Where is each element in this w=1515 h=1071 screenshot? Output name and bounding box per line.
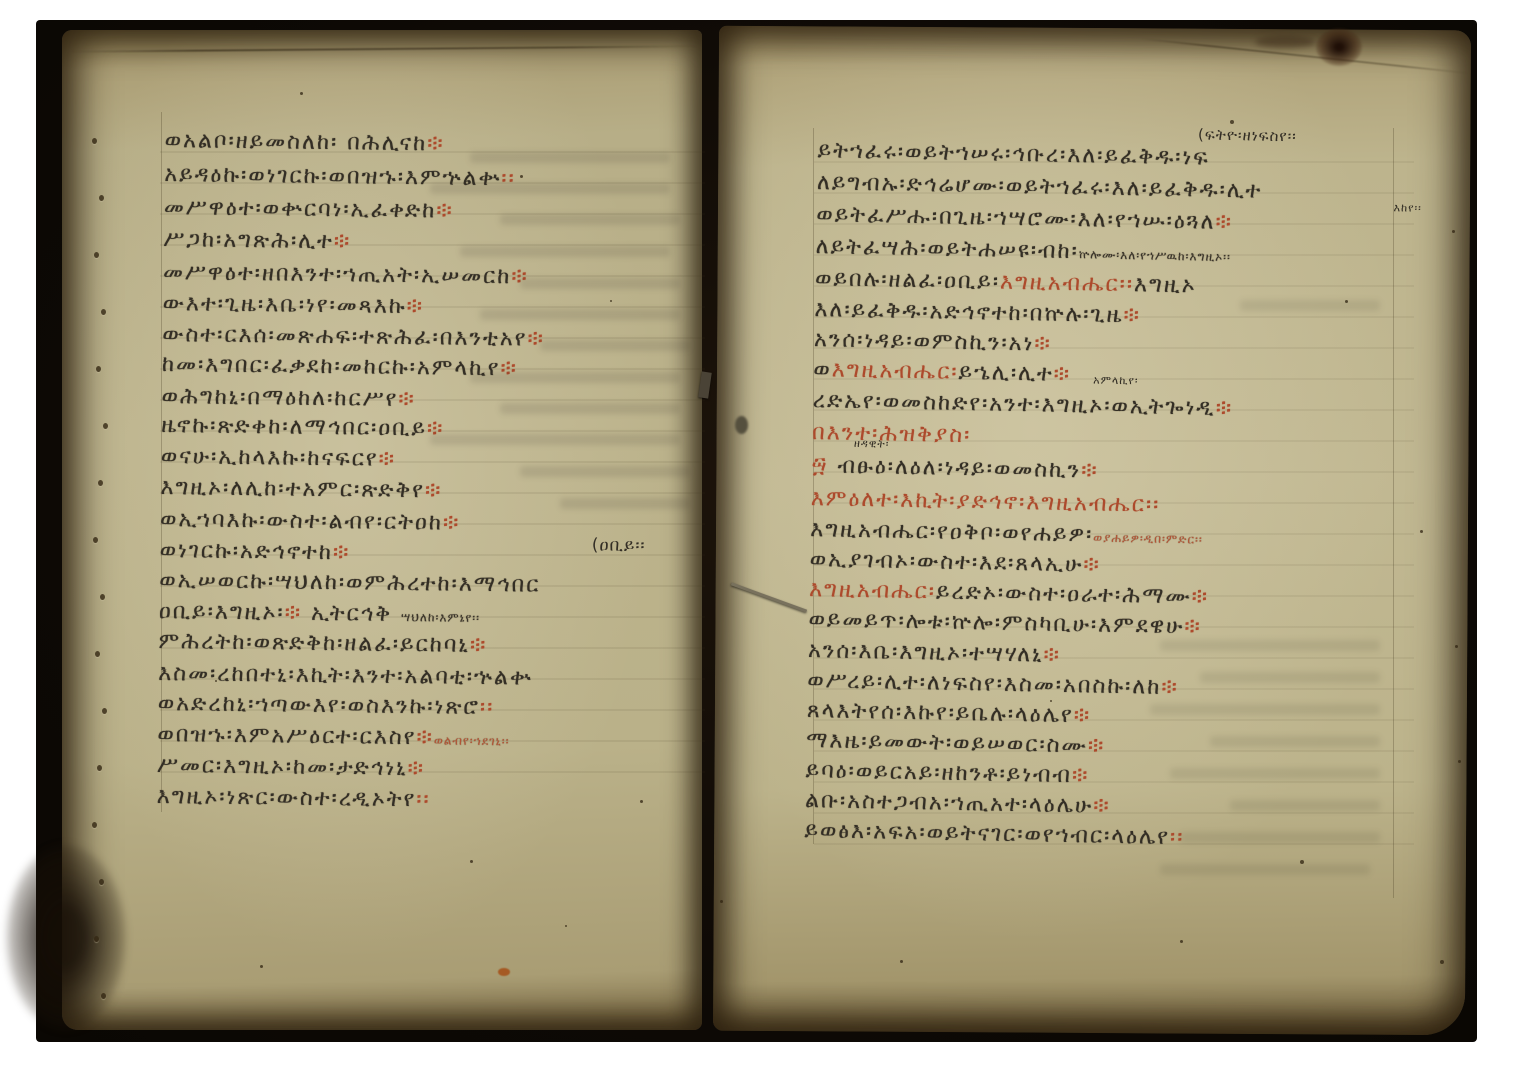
speck xyxy=(1050,700,1052,702)
ink-text-segment: ብፁዕ፡ለዕለ፡ነዳይ፡ወመስኪን xyxy=(837,454,1081,484)
pricking-hole xyxy=(99,879,104,885)
rubric-text-segment: ፨ xyxy=(1123,303,1141,328)
text-line: ወኢኀባእኩ፡ውስተ፡ልብየ፡ርትዐከ፨ xyxy=(160,507,461,537)
ink-text-segment: እለ፡ይፈቅዱ፡አድኅኖተከ፡በኵሉ፡ጊዜ xyxy=(814,297,1123,328)
speck xyxy=(720,900,723,903)
rubric-text-segment: ፨ xyxy=(1161,675,1179,700)
text-line: አንሰ፡ነዳይ፡ወምስኪን፡አነ፨ xyxy=(814,327,1052,358)
ink-text-segment: ውእተ፡ጊዜ፡እቤ፡ነየ፡መጻእኩ xyxy=(163,291,407,319)
pricking-hole xyxy=(102,708,107,714)
pricking-hole xyxy=(97,765,102,771)
rubric-text-segment: ወልብየ፡ኀደገኒ፡፡ xyxy=(434,733,510,748)
pricking-hole xyxy=(101,309,106,315)
text-line: ዜኖኩ፡ጽድቀከ፡ለማኅበር፡ዐቢይ፨ xyxy=(161,413,445,442)
rubric-text-segment: ፨ xyxy=(398,387,416,412)
text-line: ጸላእትየሰ፡እኩየ፡ይቤሉ፡ላዕሌየ፨ xyxy=(807,698,1092,729)
speck xyxy=(1452,230,1455,233)
ink-text-segment: ዐቢይ፡እግዚኦ፡ xyxy=(159,599,285,626)
ink-text-segment: ለይትፈሣሕ፡ወይትሐሠዩ፡ብከ፡ xyxy=(815,234,1079,264)
text-line: ውስተ፡ርእሰ፡መጽሐፍ፡ተጽሕፈ፡በእንቲአየ፨ xyxy=(162,322,545,353)
rubric-text-segment: ፨ xyxy=(416,725,434,750)
rubric-text-segment: ፨ xyxy=(527,327,545,352)
rubric-text-segment: በእንተ፡ሕዝቅያስ፡ xyxy=(812,420,972,448)
ink-text-segment: ይረድኦ፡ውስተ፡ዐራተ፡ሕማሙ xyxy=(936,580,1192,610)
speck xyxy=(900,960,903,963)
ink-text-segment: ሣህለከ፡እምኔየ፡፡ xyxy=(401,610,480,625)
rubric-text-segment: ወያሐይዎ፡ዲበ፡ምድር፡፡ xyxy=(1093,531,1203,547)
text-line: አንሰ፡እቤ፡እግዚኦ፡ተሣሃለኒ፨ xyxy=(808,638,1061,669)
ink-text-segment: ወኢያገብኦ፡ውስተ፡እደ፡ጸላኢሁ xyxy=(809,547,1083,577)
rubric-text-segment: ፨ xyxy=(333,540,351,565)
rubric-text-segment: ፨ xyxy=(1215,210,1233,235)
rubric-text-segment: ፨ xyxy=(1081,458,1099,483)
rubric-text-segment: ፨ xyxy=(407,756,425,781)
ink-text-segment: ይባዕ፡ወይርአይ፡ዘከንቶ፡ይነብብ xyxy=(805,758,1072,788)
speck xyxy=(520,175,523,178)
ink-text-segment: ሥጋከ፡አግጽሕ፡ሊተ xyxy=(163,227,334,254)
text-line: በእንተ፡ሕዝቅያስ፡ xyxy=(812,420,972,449)
speck xyxy=(1345,300,1348,303)
ink-text-segment: ወይበሉ፡ዘልፈ፡ዐቢይ፡ xyxy=(815,266,1000,295)
ink-text-segment: ኢትርኅቅ xyxy=(311,601,401,627)
rubric-text-segment: እግዚአብሔር፡ xyxy=(831,357,958,384)
rubric-text-segment: ፨ xyxy=(406,294,424,319)
ink-text-segment: ወሕግከኒ፡በማዕከለ፡ከርሥየ xyxy=(161,384,398,412)
rubric-text-segment: ፨ xyxy=(285,601,312,626)
text-line: ወእግዚአብሔር፡ይኄሊ፡ሊተ፨ xyxy=(813,357,1071,388)
rubric-text-segment: ፨ xyxy=(334,229,352,254)
text-line: ወሕግከኒ፡በማዕከለ፡ከርሥየ፨ xyxy=(161,384,415,413)
ink-text-segment: ዜኖኩ፡ጽድቀከ፡ለማኅበር፡ዐቢይ xyxy=(161,413,427,441)
ink-text-segment: ውስተ፡ርእሰ፡መጽሐፍ፡ተጽሕፈ፡በእንቲአየ xyxy=(162,322,527,351)
ink-text-segment: አይዳዕኩ፡ወነገርኩ፡ወበዝኁ፡እምኍልቍ xyxy=(164,162,501,191)
speck xyxy=(640,800,643,803)
pricking-hole xyxy=(94,936,99,942)
pricking-hole xyxy=(96,366,101,372)
ink-text-segment: ወ xyxy=(813,357,832,382)
pricking-hole xyxy=(103,423,108,429)
speck xyxy=(1230,120,1234,124)
text-line: እግዚኦ፡ነጽር፡ውስተ፡ረዲኦትየ፡፡ xyxy=(157,784,431,813)
ink-text-segment: አንሰ፡እቤ፡እግዚኦ፡ተሣሃለኒ xyxy=(808,638,1044,668)
speck xyxy=(610,300,612,302)
rubric-text-segment: ፨ xyxy=(511,264,529,289)
rubric-text-segment: ፨ xyxy=(378,447,396,472)
text-line: እስመ፡ረከበተኒ፡እኪት፡እንተ፡አልባቲ፡ኍልቍ xyxy=(158,661,533,692)
rubric-text-segment: ፨ xyxy=(1184,614,1202,639)
rubric-text-segment: ፨ xyxy=(1093,794,1111,819)
speck xyxy=(215,680,217,682)
rubric-text-segment: ፡፡ xyxy=(480,695,495,720)
ink-text-segment: ምሕረትከ፡ወጽድቅከ፡ዘልፈ፡ይርከባኒ xyxy=(158,629,470,658)
text-line: መሥዋዕተ፡ወቍርባነ፡ኢፈቀድከ፨ xyxy=(164,195,454,225)
ink-text-segment: ወአልቦ፡ዘይመስለከ፡ በሕሊናከ xyxy=(165,128,428,156)
text-line: ወበዝኁ፡እምአሥዕርተ፡ርእስየ፨ወልብየ፡ኀደገኒ፡፡ xyxy=(157,722,509,754)
rubric-text-segment: ፨ xyxy=(1088,733,1106,758)
ink-text-segment: ወነገርኩ፡አድኅኖተከ xyxy=(160,538,334,565)
rubric-text-segment: ፨ xyxy=(427,131,445,156)
rubric-text-segment: ፨ xyxy=(1034,331,1052,356)
speck xyxy=(1180,940,1183,943)
rubric-text-segment: ፡፡ xyxy=(501,166,516,191)
ink-text-segment: እግዚኦ፡ነጽር፡ውስተ፡ረዲኦትየ xyxy=(157,784,417,812)
rubric-text-segment: ፡፡ xyxy=(1170,825,1185,850)
text-line: ውእተ፡ጊዜ፡እቤ፡ነየ፡መጻእኩ፨ xyxy=(163,291,425,320)
pricking-hole xyxy=(98,480,103,486)
ink-text-segment: መሥዋዕተ፡ዘበእንተ፡ኀጢአት፡ኢሠመርከ xyxy=(163,260,512,289)
text-line: ወኢሠወርኩ፡ሣህለከ፡ወምሕረተከ፡እማኅበር xyxy=(159,568,540,599)
rubric-text-segment: ፨ xyxy=(1072,763,1090,788)
ink-text-segment: ወአድረከኒ፡ኀጣውእየ፡ወስእንኩ፡ነጽሮ xyxy=(158,691,480,720)
ink-text-segment: እግዚአብሔር፡የዐቅቦ፡ወየሐይዎ፡ xyxy=(810,517,1093,547)
text-line: ፵ ብፁዕ፡ለዕለ፡ነዳይ፡ወመስኪን፨ xyxy=(811,453,1099,485)
marginal-note: ዘዳዊት፡ xyxy=(854,437,890,452)
speck xyxy=(1420,530,1423,533)
rubric-text-segment: ፵ xyxy=(811,453,838,478)
marginal-note: (ዐቢይ፡፡ xyxy=(592,535,646,556)
speck xyxy=(1440,960,1444,964)
text-line: ከመ፡እግበር፡ፈቃደከ፡መከርኩ፡አምላኪየ፨ xyxy=(162,352,518,382)
marginal-note: አምላኪየ፡ xyxy=(1093,373,1139,388)
pricking-hole xyxy=(101,993,106,999)
speck xyxy=(1455,645,1458,648)
rubric-text-segment: ፨ xyxy=(1083,552,1101,577)
rubric-text-segment: ፨ xyxy=(1053,362,1071,387)
pricking-hole xyxy=(92,138,97,144)
text-line: ወኢያገብኦ፡ውስተ፡እደ፡ጸላኢሁ፨ xyxy=(809,547,1101,579)
ink-text-segment: ኵሎሙ፡እለ፡የኀሥዉከ፡እግዚኦ፡፡ xyxy=(1079,247,1231,264)
speck xyxy=(1300,860,1304,864)
text-line: ይባዕ፡ወይርአይ፡ዘከንቶ፡ይነብብ፨ xyxy=(805,758,1089,789)
text-line: መሥዋዕተ፡ዘበእንተ፡ኀጢአት፡ኢሠመርከ፨ xyxy=(163,260,529,290)
text-line: ዐቢይ፡እግዚኦ፡፨ ኢትርኅቅ ሣህለከ፡እምኔየ፡፡ xyxy=(159,599,480,631)
rubric-text-segment: ፨ xyxy=(425,478,443,503)
ink-text-segment: እስመ፡ረከበተኒ፡እኪት፡እንተ፡አልባቲ፡ኍልቍ xyxy=(158,661,533,691)
ink-text-segment: ይኄሊ፡ሊተ xyxy=(958,360,1054,387)
rubric-text-segment: ፨ xyxy=(500,356,518,381)
rubric-text-segment: ፨ xyxy=(1215,396,1233,421)
ink-text-segment: ሥመር፡እግዚኦ፡ከመ፡ታድኅነኒ xyxy=(157,753,408,781)
speck xyxy=(300,92,303,95)
rubric-text-segment: እግዚአብሔር፡፡ xyxy=(1000,270,1134,298)
pricking-hole xyxy=(94,252,99,258)
rubric-text-segment: ፨ xyxy=(1191,584,1209,609)
text-line: እግዚኦ፡ለሊከ፡ተአምር፡ጽድቅየ፨ xyxy=(160,475,442,504)
marginal-note: እከየ፡፡ xyxy=(1393,201,1421,216)
ink-text-segment: ልቡ፡አስተጋብአ፡ኀጢአተ፡ላዕሌሁ xyxy=(805,788,1094,819)
rubric-text-segment: ፨ xyxy=(436,198,454,223)
rubric-text-segment: ፨ xyxy=(443,510,461,535)
text-line: ሥመር፡እግዚኦ፡ከመ፡ታድኅነኒ፨ xyxy=(157,753,425,782)
pricking-hole xyxy=(100,594,105,600)
text-line: ምሕረትከ፡ወጽድቅከ፡ዘልፈ፡ይርከባኒ፨ xyxy=(158,629,487,659)
rubric-text-segment: ፨ xyxy=(470,633,488,658)
rubric-text-segment: ፨ xyxy=(1043,643,1061,668)
ink-text-segment: እግዚኦ xyxy=(1134,272,1197,298)
ink-text-segment: ከመ፡እግበር፡ፈቃደከ፡መከርኩ፡አምላኪየ xyxy=(162,352,501,381)
text-line: ወአልቦ፡ዘይመስለከ፡ በሕሊናከ፨ xyxy=(165,128,445,157)
pricking-hole xyxy=(92,822,97,828)
text-line: ሥጋከ፡አግጽሕ፡ሊተ፨ xyxy=(163,227,351,255)
ink-text-segment: ጸላእትየሰ፡እኩየ፡ይቤሉ፡ላዕሌየ xyxy=(807,698,1074,728)
rubric-text-segment: ፨ xyxy=(1074,703,1092,728)
ink-text-segment: አንሰ፡ነዳይ፡ወምስኪን፡አነ xyxy=(814,327,1035,356)
text-line: ወናሁ፡ኢከላእኩ፡ከናፍርየ፨ xyxy=(161,444,396,473)
ink-text-segment: እግዚኦ፡ለሊከ፡ተአምር፡ጽድቅየ xyxy=(160,475,425,503)
ink-text-segment: ወበዝኁ፡እምአሥዕርተ፡ርእስየ xyxy=(157,722,416,750)
rubric-text-segment: ፡፡ xyxy=(416,787,431,812)
ink-text-segment: መሥዋዕተ፡ወቍርባነ፡ኢፈቀድከ xyxy=(164,195,437,223)
rubric-text-segment: ፨ xyxy=(427,416,445,441)
text-line: አይዳዕኩ፡ወነገርኩ፡ወበዝኁ፡እምኍልቍ፡፡ xyxy=(164,162,516,192)
speck xyxy=(1458,760,1461,763)
marginal-note: (ፍትዮ፡ዘነፍስየ፡፡ xyxy=(1198,125,1297,145)
text-line: ወአድረከኒ፡ኀጣውእየ፡ወስእንኩ፡ነጽሮ፡፡ xyxy=(158,691,495,721)
rubric-text-segment: እምዕለተ፡እኪት፡ያድኅኖ፡እግዚአብሔር፡፡ xyxy=(811,486,1161,518)
ink-text-segment: ወኢኀባእኩ፡ውስተ፡ልብየ፡ርትዐከ xyxy=(160,507,443,535)
ink-text-segment: ማእዜ፡ይመውት፡ወይሠወር፡ስሙ xyxy=(806,728,1088,758)
speck xyxy=(565,925,567,927)
speck xyxy=(470,860,473,863)
pricking-hole xyxy=(95,651,100,657)
text-line: ወነገርኩ፡አድኅኖተከ፨ xyxy=(160,538,351,566)
pricking-hole xyxy=(99,195,104,201)
speck xyxy=(260,965,263,968)
manuscript-photo: ወአልቦ፡ዘይመስለከ፡ በሕሊናከ፨አይዳዕኩ፡ወነገርኩ፡ወበዝኁ፡እምኍል… xyxy=(0,0,1515,1071)
pricking-hole xyxy=(93,537,98,543)
ink-text-segment: ወናሁ፡ኢከላእኩ፡ከናፍርየ xyxy=(161,444,379,472)
ink-text-segment: ወኢሠወርኩ፡ሣህለከ፡ወምሕረተከ፡እማኅበር xyxy=(159,568,540,598)
rubric-text-segment: እግዚአብሔር፡ xyxy=(809,577,936,604)
